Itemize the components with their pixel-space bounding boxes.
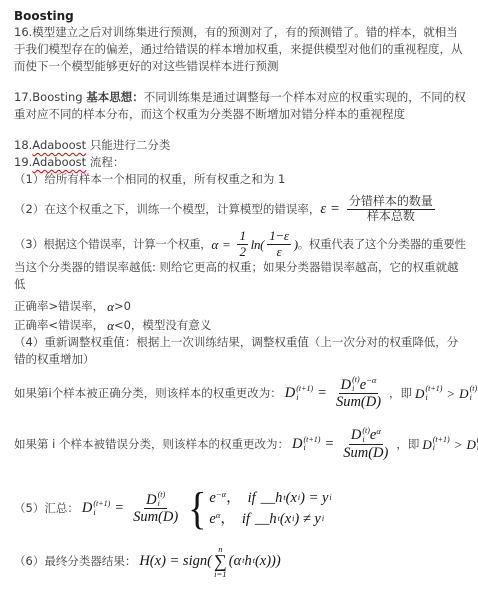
cases-brace: { [188,486,206,532]
case-wrong-row: eα，if__ht(xi) ≠ yi [209,511,331,528]
step-3-text: （3）根据这个错误率，计算一个权重， [14,236,211,253]
d-base: D [146,492,156,509]
fraction-numerator: D(t)i [144,491,167,509]
h-base: h [275,490,282,507]
epsilon-fraction: 分错样本的数量 样本总数 [347,195,435,224]
equals-sign: = [330,201,340,218]
fraction-denominator: 样本总数 [365,210,417,224]
step-1: （1）给所有样本一个相同的权重，所有权重之和为 1 [14,171,469,188]
d-scripts: (t)i [362,427,370,444]
open-alpha: (α [229,553,241,570]
step-4: （4）重新调整权重值：根据上一次训练结果，调整权重值（上一次分对的权重降低，分错… [14,334,469,368]
greater-than-sign: > [454,436,463,453]
p17-bold-term: 基本思想： [86,90,144,104]
spellcheck-word-adaboost: Adaboost [32,155,86,169]
alpha-symbol: α [107,298,114,315]
fraction-numerator: D(t)i e α [349,427,383,445]
open-x: (x [286,490,297,507]
summary-formula: D (t+1)i = D(t)i Sum(D) { e−α，if__ht(xi)… [82,490,332,528]
update-fraction: D(t)i e α Sum(D) [341,427,390,462]
step-6-label: （6）最终分类器结果： [14,553,136,570]
if-word: if [242,511,250,528]
update-fraction: D(t)i e −α Sum(D) [334,376,383,411]
alpha-formula: α = 1 2 ln( 1−ε ε ) [211,229,297,260]
d-base: D [285,385,295,402]
equals-y: ) = y [300,490,328,507]
d-base: D [341,377,351,394]
spellcheck-word-adaboost: Adaboost [32,138,86,152]
superscript: (t+1) [425,385,442,394]
d-base: D [415,385,424,402]
line-18-text: 只能进行二分类 [86,138,170,152]
d-variable: D(t)i [466,436,478,453]
subscript: i [352,385,354,394]
doc-heading-boosting: Boosting [14,8,469,24]
case-correct-row: e−α，if__ht(xi) = yi [209,490,331,507]
equals-sign: = [324,436,334,453]
lt-zero-text: <0，模型没有意义 [114,317,211,334]
exponent-pos-alpha: α [216,507,220,524]
wrong-update-formula: D (t+1)i = D(t)i e α Sum(D) [292,427,393,462]
word-document-page: Boosting 16.模型建立之后对训练集进行预测，有的预测对了，有的预测错了… [0,0,478,590]
d-base: D [459,385,468,402]
d-variable: D (t+1)i [285,385,313,402]
epsilon-symbol: ε [320,201,326,218]
fraction-denominator: Sum(D) [341,445,390,462]
superscript: (t+1) [296,385,313,394]
comma: ， [226,490,241,507]
d-variable: D(t)i [341,376,360,393]
blank-underscore: __ [255,511,270,528]
exponent-neg-alpha: −α [366,376,376,386]
sigma-glyph: ∑ [214,553,227,569]
d-scripts: (t+1)i [425,385,442,402]
alpha-positive-line: 正确率>错误率， α >0 [14,298,469,315]
superscript: (t+1) [433,436,450,445]
p17-prefix: 17.Boosting [14,90,86,104]
subscript: i [433,444,435,453]
subscript: i [425,394,427,403]
d-variable: D(t)i [459,385,477,402]
d-variable: D (t+1)i [292,436,320,453]
d-variable: D(t)i [351,427,370,444]
d-base: D [422,436,431,453]
fraction-denominator: Sum(D) [334,394,383,411]
d-base: D [351,427,361,444]
greater-than-sign: > [446,385,455,402]
wrong-inequality: D(t+1)i > D(t)i [422,436,478,453]
sum-lower-limit: i=1 [214,570,226,579]
line-19-adaboost-flow: 19.Adaboost 流程： [14,154,469,171]
wrong-intro-text: 如果第 i 个样本被错误分类，则该样本的权重更改为： [14,436,289,453]
d-variable: D(t+1)i [415,385,442,402]
correct-intro-text: 如果第i个样本被正确分类，则该样本的权重更改为： [14,385,282,402]
d-scripts: (t+1)i [296,385,313,402]
correct-inequality: D(t+1)i > D(t)i [415,385,477,402]
fraction-denominator: ε [275,245,284,260]
d-variable: D(t+1)i [422,436,449,453]
superscript: (t+1) [304,436,321,445]
step-3-note: 当这个分类器的错误率越低: 则给它更高的权重；如果分类器错误率越高，它的权重就越… [14,259,469,293]
not-equals-y: ) ≠ y [294,511,320,528]
one-half-fraction: 1 2 [237,229,247,260]
exponent-neg-alpha: −α [216,486,226,503]
then-text: ，即 [389,385,412,402]
fraction-numerator: D(t)i e −α [339,376,379,394]
step-5-summary-line: （5）汇总： D (t+1)i = D(t)i Sum(D) { e−α，if_… [14,490,469,528]
alpha-symbol: α [107,317,114,334]
step-2-text: （2）在这个权重之下，训练一个模型，计算模型的错误率， [14,201,320,218]
subscript: i [93,509,95,518]
weight-update-correct-line: 如果第i个样本被正确分类，则该样本的权重更改为： D (t+1)i = D(t)… [14,376,469,411]
subscript-i: i [322,515,324,524]
d-base: D [82,500,92,517]
paragraph-17: 17.Boosting 基本思想：不同训练集是通过调整每一个样本对应的权重实现的… [14,89,469,123]
epsilon-fraction-formula: ε = 分错样本的数量 样本总数 [320,195,438,224]
h-x-sign-open: H(x) = sign( [139,553,212,570]
d-scripts: (t)i [470,385,478,402]
gt-zero-text: >0 [114,298,131,315]
close-parens: (x))) [255,553,281,570]
step-2-error-rate: （2）在这个权重之下，训练一个模型，计算模型的错误率， ε = 分错样本的数量 … [14,195,469,224]
line-18-number: 18. [14,138,32,152]
accuracy-gt-text: 正确率>错误率， [14,298,104,315]
if-word: if [248,490,256,507]
h-base: h [269,511,276,528]
equals-sign: = [114,500,124,517]
subscript: i [296,394,298,403]
line-19-number: 19. [14,155,32,169]
exponent-pos-alpha: α [376,427,380,437]
fraction-numerator: 分错样本的数量 [347,195,435,210]
open-x: (x [280,511,291,528]
d-variable: D (t+1)i [82,500,110,517]
summation-symbol: n ∑ i=1 [214,545,227,578]
blank-underscore: __ [261,490,276,507]
d-variable: D(t)i [146,491,165,508]
equals-sign: = [222,236,230,253]
step-6-final-classifier-line: （6）最终分类器结果： H(x) = sign( n ∑ i=1 (αtht(x… [14,545,469,578]
step-3-after-text: 。权重代表了这个分类器的重要性 [298,236,466,253]
subscript: i [158,500,160,509]
d-scripts: (t+1)i [304,436,321,453]
final-classifier-formula: H(x) = sign( n ∑ i=1 (αtht(x))) [139,545,280,578]
ln-open: ln( [251,236,265,253]
d-scripts: (t)i [352,376,360,393]
line-19-text: 流程： [86,155,124,169]
d-scripts: (t)i [158,491,166,508]
h-base: h [244,553,251,570]
d-base: D [466,436,475,453]
fraction-numerator: 1−ε [267,229,291,245]
subscript: i [362,436,364,445]
cases-rows: e−α，if__ht(xi) = yi eα，if__ht(xi) ≠ yi [209,490,331,528]
d-scripts: (t+1)i [433,436,450,453]
correct-update-formula: D (t+1)i = D(t)i e −α Sum(D) [285,376,386,411]
comma: ， [220,511,235,528]
d-base: D [292,436,302,453]
fraction-denominator: Sum(D) [131,509,180,526]
alpha-negative-line: 正确率<错误率， α <0，模型没有意义 [14,317,469,334]
alpha-symbol: α [211,236,218,253]
paragraph-16: 16.模型建立之后对训练集进行预测，有的预测对了，有的预测错了。错的样本，就相当… [14,24,469,75]
step-5-label: （5）汇总： [14,500,79,517]
d-scripts: (t+1)i [93,500,110,517]
error-ratio-fraction: 1−ε ε [267,229,291,260]
subscript: i [304,444,306,453]
summary-fraction: D(t)i Sum(D) [131,491,180,526]
then-text: ，即 [396,436,419,453]
fraction-numerator: 1 [237,229,247,245]
line-18-adaboost-binary: 18.Adaboost 只能进行二分类 [14,137,469,154]
weight-update-wrong-line: 如果第 i 个样本被错误分类，则该样本的权重更改为： D (t+1)i = D(… [14,427,469,462]
step-3-alpha-weight: （3）根据这个错误率，计算一个权重， α = 1 2 ln( 1−ε ε ) 。… [14,229,469,260]
accuracy-lt-text: 正确率<错误率， [14,317,104,334]
superscript: (t+1) [93,500,110,509]
subscript: i [470,394,472,403]
subscript-i: i [329,494,331,503]
equals-sign: = [317,385,327,402]
fraction-denominator: 2 [237,245,247,260]
